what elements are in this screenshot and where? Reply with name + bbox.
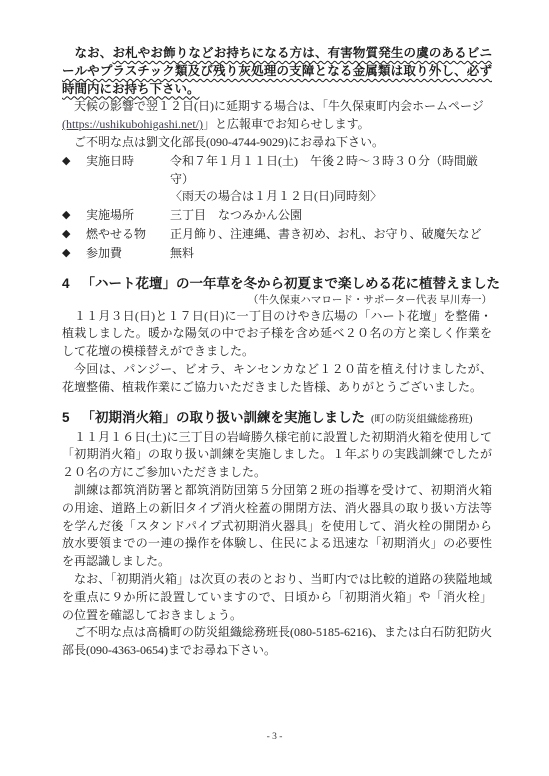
event-detail-row-fee: ◆ 参加費 無料	[62, 245, 492, 263]
section-5-credit: (町の防災組織総務班)	[371, 414, 473, 425]
contact-line-culture: ご不明な点は劉文化部長(090-4744-9029)にお尋ね下さい。	[62, 134, 492, 152]
postpone-text-pre: 天候の影響で翌１２日(日)に延期する場合は、「牛久保東町内会ホームページ	[74, 99, 484, 113]
event-detail-row-place: ◆ 実施場所 三丁目 なつみかん公園	[62, 207, 492, 225]
event-value-datetime-main: 令和７年１月１１日(土) 午後２時～３時３０分（時間厳守）	[170, 154, 478, 186]
section-5-number: 5	[62, 410, 70, 425]
section-4-attribution: （牛久保東ハマロード・サポーター代表 早川寿一）	[62, 293, 492, 308]
diamond-bullet-icon: ◆	[62, 153, 86, 206]
document-page: なお、お札やお飾りなどお持ちになる方は、有害物質発生の虞のあるビニールやプラスチ…	[0, 0, 549, 776]
section-4-title: 「ハート花壇」の一年草を冬から初夏まで楽しめる花に植替えました	[82, 276, 501, 291]
event-value-datetime: 令和７年１月１１日(土) 午後２時～３時３０分（時間厳守）〈雨天の場合は１月１２…	[170, 153, 492, 206]
section-5-paragraph-4: ご不明な点は髙橋町の防災組織総務班長(080-5185-6216)、または白石防…	[62, 624, 492, 660]
section-5-paragraph-3: なお、「初期消火箱」は次頁の表のとおり、当町内では比較的道路の狭隘地域を重点に９…	[62, 571, 492, 624]
warning-paragraph: なお、お札やお飾りなどお持ちになる方は、有害物質発生の虞のあるビニールやプラスチ…	[62, 45, 492, 98]
section-4-paragraph-1: １１月３日(日)と１７日(日)に一丁目のけやき広場の「ハート花壇」を整備・植栽し…	[62, 308, 492, 361]
event-label-place: 実施場所	[86, 207, 170, 225]
section-4-number: 4	[62, 276, 70, 291]
event-label-datetime: 実施日時	[86, 153, 170, 206]
postpone-text-post: 」と広報車でお知らせします。	[203, 117, 370, 131]
section-5: 5「初期消火箱」の取り扱い訓練を実施しました(町の防災組織総務班) １１月１６日…	[62, 408, 492, 660]
event-value-datetime-rain-note: 〈雨天の場合は１月１２日(日)同時刻〉	[170, 188, 492, 206]
warning-underlined-text: お札やお飾りなどお持ちになる方は、有害物質発生の虞のあるビニールやプラスチック類…	[62, 46, 492, 96]
section-5-heading: 5「初期消火箱」の取り扱い訓練を実施しました(町の防災組織総務班)	[62, 408, 492, 429]
diamond-bullet-icon: ◆	[62, 207, 86, 225]
event-label-fee: 参加費	[86, 245, 170, 263]
event-value-fee: 無料	[170, 245, 492, 263]
section-4-heading: 4「ハート花壇」の一年草を冬から初夏まで楽しめる花に植替えました	[62, 274, 492, 293]
page-number: - 3 -	[0, 732, 549, 742]
section-4-paragraph-2: 今回は、パンジー、ビオラ、キンセンカなど１２０苗を植え付けましたが、花壇整備、植…	[62, 361, 492, 397]
diamond-bullet-icon: ◆	[62, 245, 86, 263]
section-5-paragraph-1: １１月１６日(土)に三丁目の岩﨑勝久様宅前に設置した初期消火箱を使用して「初期消…	[62, 429, 492, 482]
warning-prefix: なお、	[75, 46, 113, 60]
homepage-link[interactable]: (https://ushikubohigashi.net/)	[62, 117, 203, 131]
event-value-burnables: 正月飾り、注連縄、書き初め、お札、お守り、破魔矢など	[170, 226, 492, 244]
section-5-paragraph-2: 訓練は都筑消防署と都筑消防団第５分団第２班の指導を受けて、初期消火箱の用途、道路…	[62, 482, 492, 571]
diamond-bullet-icon: ◆	[62, 226, 86, 244]
section-5-title: 「初期消火箱」の取り扱い訓練を実施しました	[82, 410, 366, 425]
section-4: 4「ハート花壇」の一年草を冬から初夏まで楽しめる花に植替えました （牛久保東ハマ…	[62, 274, 492, 397]
event-detail-row-datetime: ◆ 実施日時 令和７年１月１１日(土) 午後２時～３時３０分（時間厳守）〈雨天の…	[62, 153, 492, 206]
event-detail-row-burnables: ◆ 燃やせる物 正月飾り、注連縄、書き初め、お札、お守り、破魔矢など	[62, 226, 492, 244]
event-value-place: 三丁目 なつみかん公園	[170, 207, 492, 225]
postpone-paragraph: 天候の影響で翌１２日(日)に延期する場合は、「牛久保東町内会ホームページ(htt…	[62, 98, 492, 134]
page-content: なお、お札やお飾りなどお持ちになる方は、有害物質発生の虞のあるビニールやプラスチ…	[62, 45, 492, 660]
event-details-list: ◆ 実施日時 令和７年１月１１日(土) 午後２時～３時３０分（時間厳守）〈雨天の…	[62, 153, 492, 263]
event-label-burnables: 燃やせる物	[86, 226, 170, 244]
